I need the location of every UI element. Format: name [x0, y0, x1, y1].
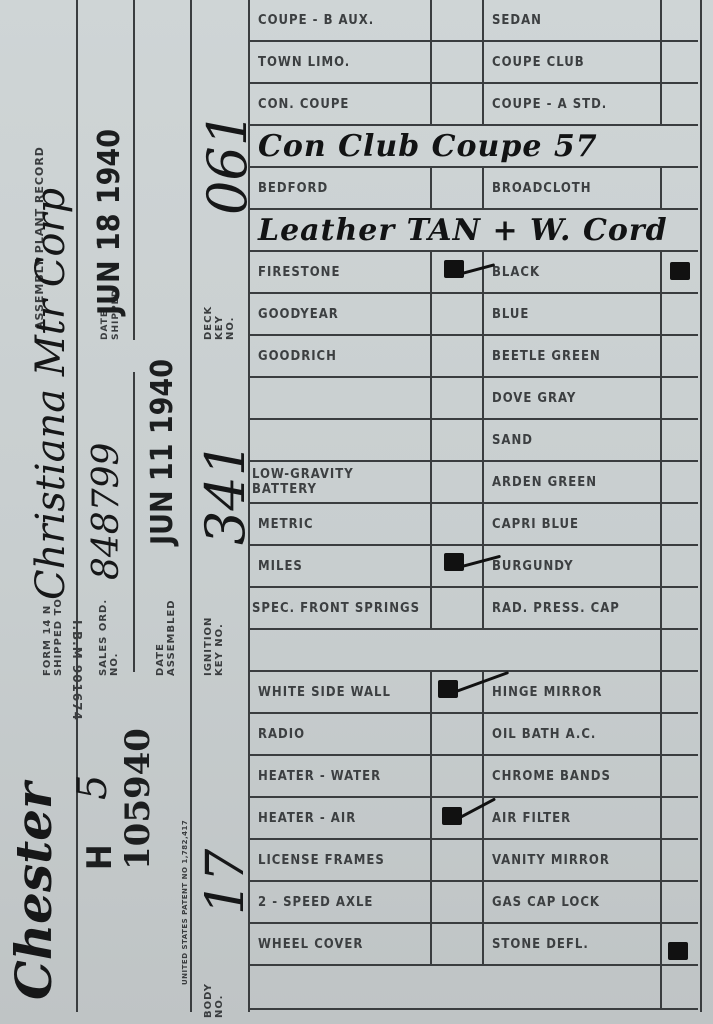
option-checkbox[interactable]: [430, 336, 482, 376]
grid-row: MILES BURGUNDY: [250, 546, 698, 588]
option-checkbox[interactable]: [430, 420, 482, 460]
option-checkbox[interactable]: [430, 504, 482, 544]
grid-row-handwritten: Leather TAN + W. Cord: [250, 210, 698, 252]
check-mark-icon: [670, 262, 690, 280]
option-label: BLUE: [482, 294, 660, 334]
option-checkbox[interactable]: [660, 630, 700, 670]
option-checkbox[interactable]: [430, 462, 482, 502]
option-checkbox[interactable]: [430, 840, 482, 880]
option-label: GOODYEAR: [258, 294, 428, 334]
grid-row: HEATER - AIR AIR FILTER: [250, 798, 698, 840]
options-grid: COUPE - B AUX. SEDAN TOWN LIMO. COUPE CL…: [248, 0, 702, 1012]
option-label: RAD. PRESS. CAP: [482, 588, 660, 628]
grid-row: BEDFORD BROADCLOTH: [250, 168, 698, 210]
option-label: COUPE - A STD.: [482, 84, 660, 124]
option-label: DOVE GRAY: [482, 378, 660, 418]
option-label: [258, 378, 428, 418]
date-assembled-label: DATE ASSEMBLED: [155, 586, 177, 676]
option-label: WHITE SIDE WALL: [258, 672, 428, 712]
grid-row: GOODYEAR BLUE: [250, 294, 698, 336]
option-checkbox[interactable]: [660, 0, 700, 40]
check-mark-icon: [668, 942, 688, 960]
option-label: SEDAN: [482, 0, 660, 40]
option-label: LICENSE FRAMES: [258, 840, 428, 880]
column-rule: [133, 0, 135, 340]
option-checkbox[interactable]: [660, 84, 700, 124]
column-rule: [133, 372, 135, 672]
grid-row: SPEC. FRONT SPRINGS RAD. PRESS. CAP: [250, 588, 698, 630]
grid-row: LOW-GRAVITY BATTERY ARDEN GREEN: [250, 462, 698, 504]
option-checkbox[interactable]: [660, 714, 700, 754]
option-checkbox[interactable]: [660, 420, 700, 460]
option-label: STONE DEFL.: [482, 924, 660, 964]
option-label: COUPE - B AUX.: [258, 0, 428, 40]
option-label: COUPE CLUB: [482, 42, 660, 82]
grid-row: GOODRICH BEETLE GREEN: [250, 336, 698, 378]
option-label: BEETLE GREEN: [482, 336, 660, 376]
option-label: SPEC. FRONT SPRINGS: [252, 588, 422, 628]
option-label: VANITY MIRROR: [482, 840, 660, 880]
option-label: RADIO: [258, 714, 428, 754]
option-checkbox[interactable]: [430, 378, 482, 418]
option-checkbox[interactable]: [660, 798, 700, 838]
column-rule: [76, 0, 78, 1012]
shipped-to-value: Christiana Mtr Corp: [28, 188, 74, 600]
option-checkbox[interactable]: [430, 0, 482, 40]
body-no-label: BODY NO.: [203, 978, 225, 1018]
option-label: METRIC: [258, 504, 428, 544]
grid-row: CON. COUPE COUPE - A STD.: [250, 84, 698, 126]
check-mark-icon: [444, 553, 464, 571]
check-mark-icon: [438, 680, 458, 698]
option-label: TOWN LIMO.: [258, 42, 428, 82]
option-checkbox[interactable]: [430, 924, 482, 964]
date-shipped-value: JUN 18 1940: [92, 129, 127, 315]
option-checkbox[interactable]: [660, 42, 700, 82]
grid-row: FIRESTONE BLACK: [250, 252, 698, 294]
option-label: SAND: [482, 420, 660, 460]
option-label: HEATER - WATER: [258, 756, 428, 796]
assembly-record-card: FORM 14 NSHIPPED TO SALES ORD. NO. DATE …: [0, 0, 713, 1024]
grid-row: TOWN LIMO. COUPE CLUB: [250, 42, 698, 84]
option-checkbox[interactable]: [660, 378, 700, 418]
model-handwritten: Con Club Coupe 57: [258, 126, 688, 166]
option-label: GOODRICH: [258, 336, 428, 376]
grid-row-handwritten: Con Club Coupe 57: [250, 126, 698, 168]
grid-row-blank: [250, 966, 698, 1010]
option-checkbox[interactable]: [660, 882, 700, 922]
option-label: FIRESTONE: [258, 252, 428, 292]
grid-row: METRIC CAPRI BLUE: [250, 504, 698, 546]
option-checkbox[interactable]: [430, 756, 482, 796]
form-shipped-to-label: FORM 14 NSHIPPED TO: [42, 598, 64, 676]
grid-row: WHITE SIDE WALL HINGE MIRROR: [250, 672, 698, 714]
option-checkbox[interactable]: [660, 672, 700, 712]
option-checkbox[interactable]: [430, 588, 482, 628]
sales-ord-no-value: 848799: [86, 443, 127, 580]
option-label: HINGE MIRROR: [482, 672, 660, 712]
grid-row: DOVE GRAY: [250, 378, 698, 420]
option-label: BROADCLOTH: [482, 168, 660, 208]
option-checkbox[interactable]: [430, 882, 482, 922]
option-label: GAS CAP LOCK: [482, 882, 660, 922]
serial-number: 105940: [118, 728, 158, 870]
option-checkbox[interactable]: [660, 546, 700, 586]
check-mark-icon: [444, 260, 464, 278]
option-label: CHROME BANDS: [482, 756, 660, 796]
option-checkbox[interactable]: [430, 168, 482, 208]
option-label: MILES: [258, 546, 428, 586]
grid-row: HEATER - WATER CHROME BANDS: [250, 756, 698, 798]
date-assembled-value: JUN 11 1940: [145, 359, 180, 545]
option-label: WHEEL COVER: [258, 924, 428, 964]
option-checkbox[interactable]: [660, 336, 700, 376]
signature: Chester: [4, 783, 63, 1000]
option-checkbox[interactable]: [660, 840, 700, 880]
ignition-key-label: IGNITION KEY NO.: [203, 596, 225, 676]
option-checkbox[interactable]: [660, 756, 700, 796]
option-label: LOW-GRAVITY BATTERY: [252, 462, 422, 502]
grid-row: SAND: [250, 420, 698, 462]
option-checkbox[interactable]: [430, 84, 482, 124]
option-checkbox[interactable]: [660, 294, 700, 334]
option-label: HEATER - AIR: [258, 798, 428, 838]
grid-row: RADIO OIL BATH A.C.: [250, 714, 698, 756]
deck-key-label: DECK KEY NO.: [203, 290, 236, 340]
option-label: BURGUNDY: [482, 546, 660, 586]
option-checkbox[interactable]: [430, 294, 482, 334]
grid-row: LICENSE FRAMES VANITY MIRROR: [250, 840, 698, 882]
option-label: [258, 420, 428, 460]
upholstery-handwritten: Leather TAN + W. Cord: [258, 210, 688, 250]
grid-row-blank: [250, 630, 698, 672]
body-no-value: 17: [196, 849, 256, 915]
option-label: AIR FILTER: [482, 798, 660, 838]
option-checkbox[interactable]: [660, 462, 700, 502]
option-checkbox[interactable]: [430, 42, 482, 82]
option-checkbox[interactable]: [660, 504, 700, 544]
option-label: BLACK: [482, 252, 660, 292]
option-checkbox[interactable]: [660, 966, 700, 1008]
option-checkbox[interactable]: [660, 168, 700, 208]
serial-prefix: H: [80, 844, 120, 870]
signature-number: 5: [70, 775, 116, 800]
grid-row: WHEEL COVER STONE DEFL.: [250, 924, 698, 966]
option-label: 2 - SPEED AXLE: [258, 882, 428, 922]
patent-text: UNITED STATES PATENT NO 1,782,417: [180, 820, 191, 985]
option-label: OIL BATH A.C.: [482, 714, 660, 754]
option-checkbox[interactable]: [660, 588, 700, 628]
grid-row: 2 - SPEED AXLE GAS CAP LOCK: [250, 882, 698, 924]
sales-ord-no-label: SALES ORD. NO.: [98, 596, 120, 676]
option-label: CAPRI BLUE: [482, 504, 660, 544]
ibm-number: I.B.M 901674: [71, 620, 82, 721]
option-label: ARDEN GREEN: [482, 462, 660, 502]
grid-row: COUPE - B AUX. SEDAN: [250, 0, 698, 42]
option-label: CON. COUPE: [258, 84, 428, 124]
option-label: BEDFORD: [258, 168, 428, 208]
option-checkbox[interactable]: [430, 714, 482, 754]
